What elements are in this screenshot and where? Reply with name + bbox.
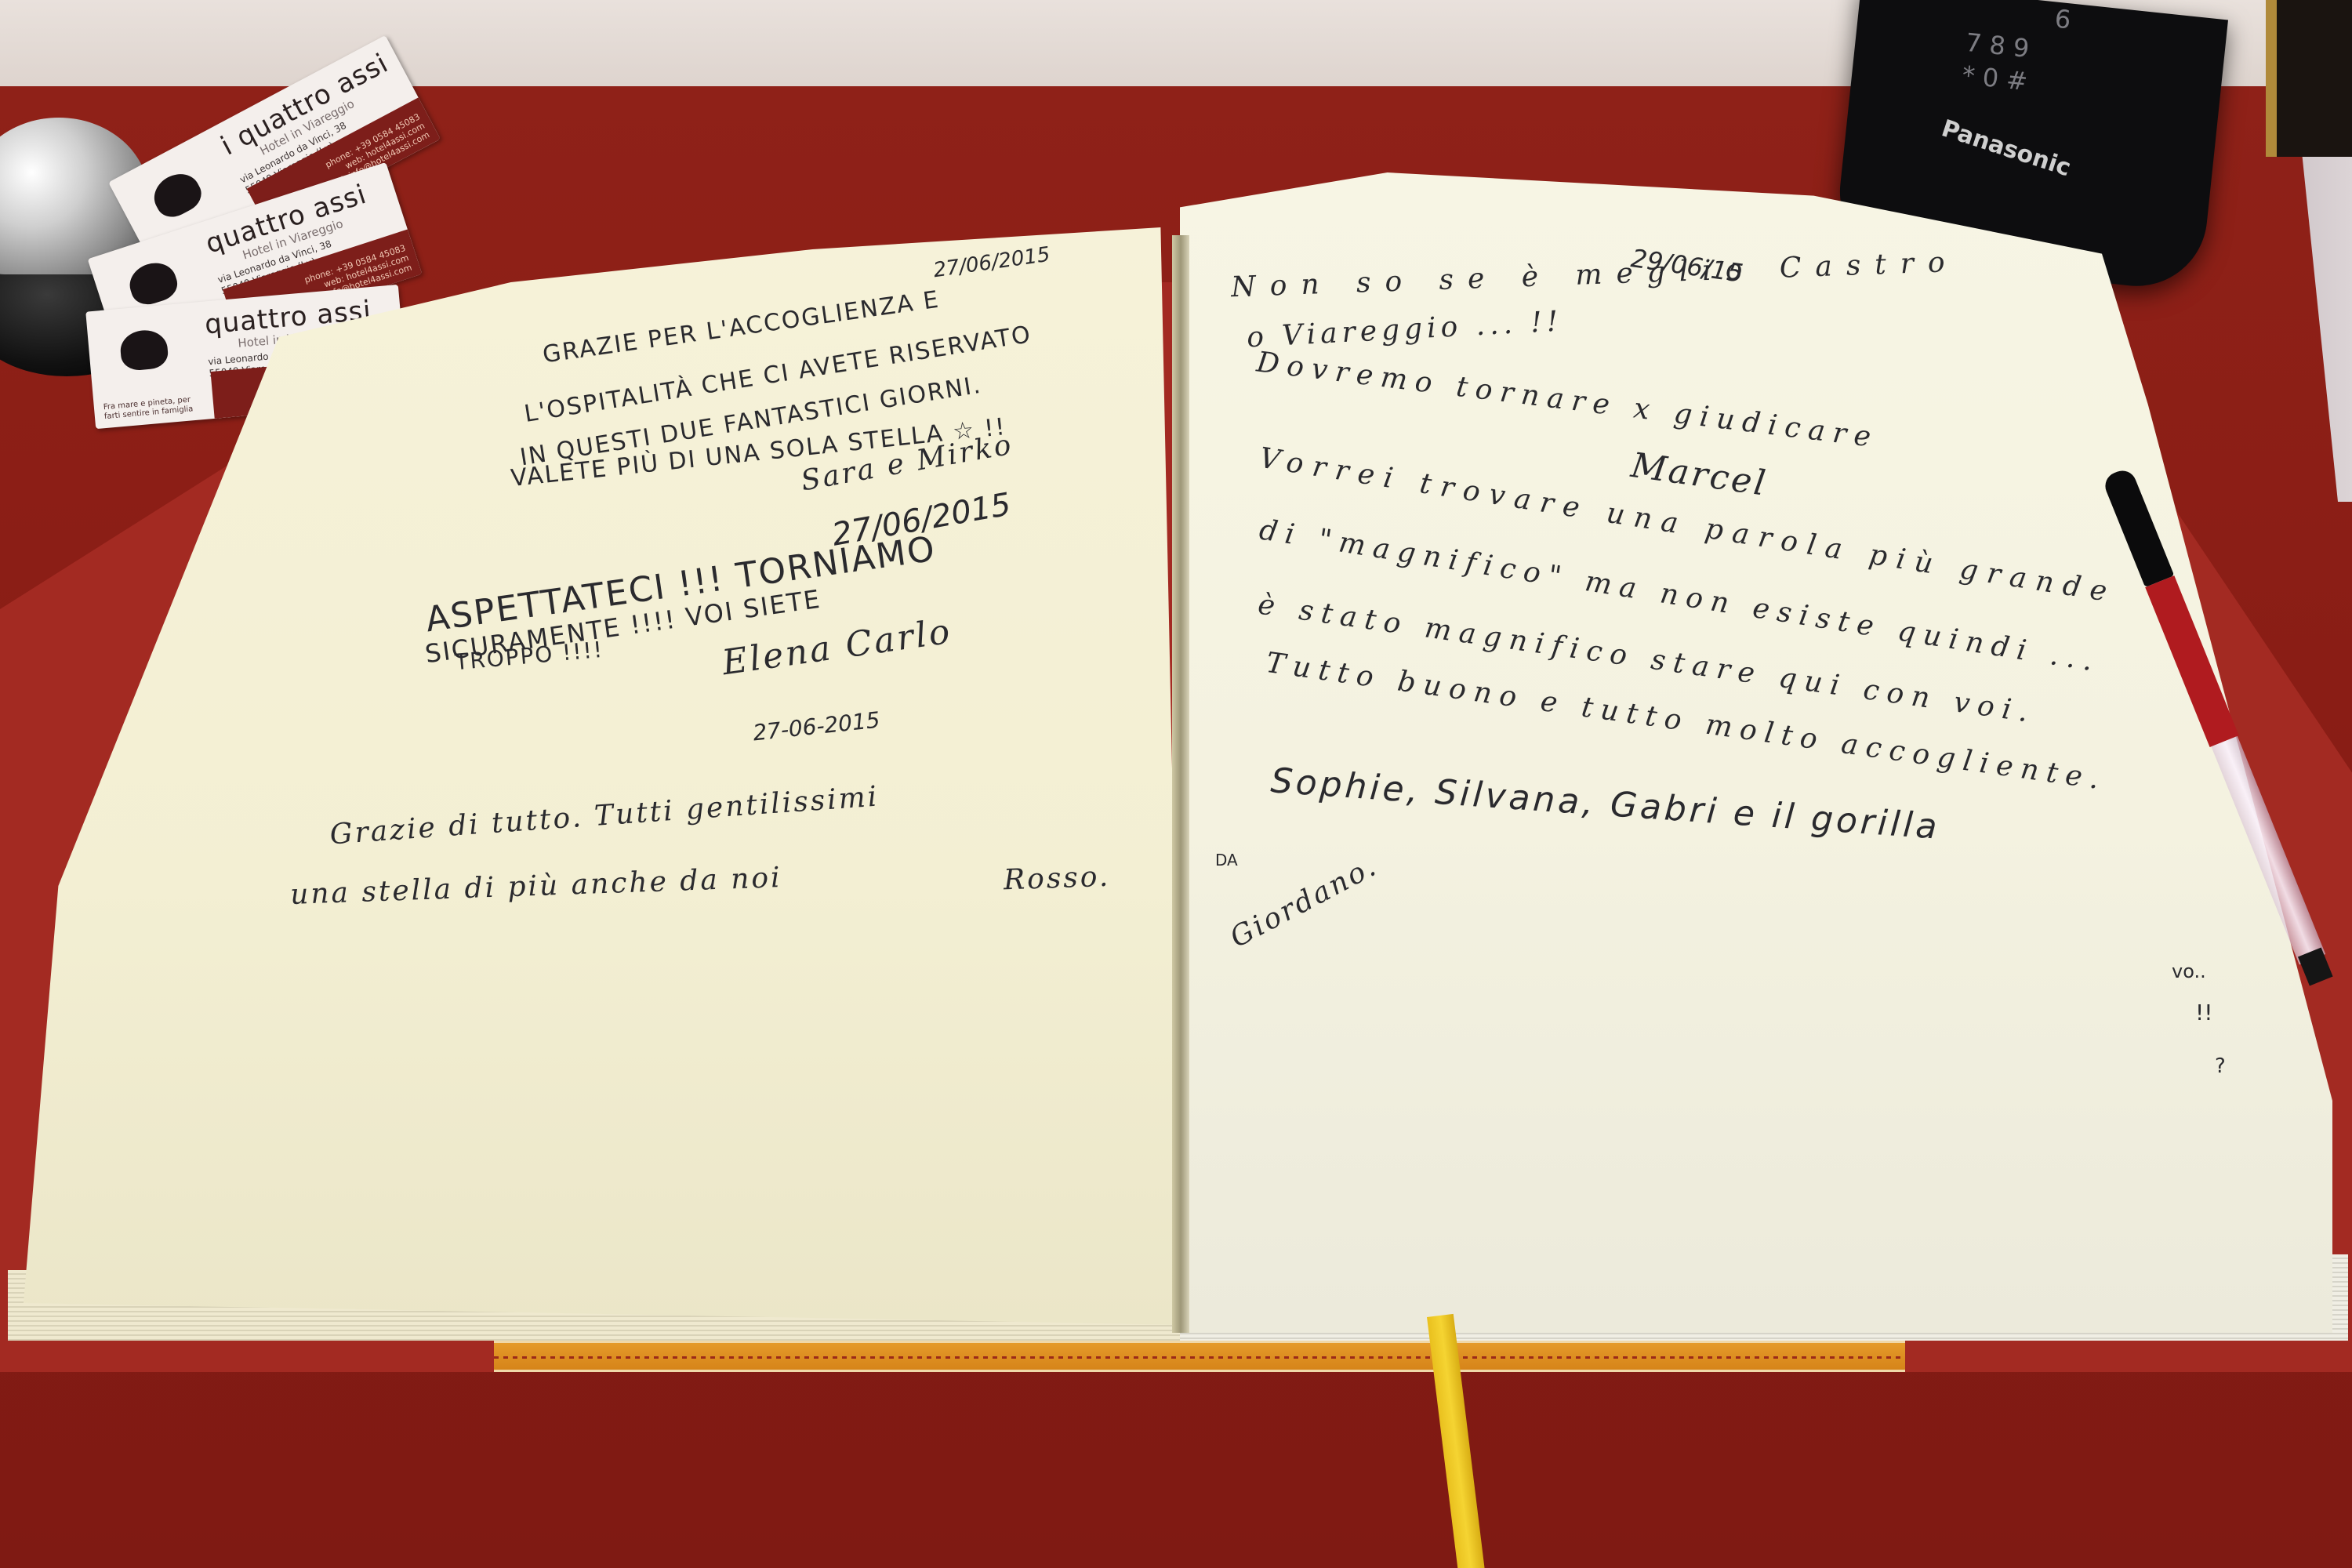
picture-frame-edge [2266,0,2352,157]
phone-keypad: 6 7 8 9 * 0 # [1961,0,2103,105]
fragment-text: ? [2215,1054,2226,1078]
entry-from-label: DA [1215,851,1238,869]
hotel-logo-icon [147,166,207,223]
book-gutter [1172,235,1189,1333]
hotel-logo-icon [125,257,182,309]
phone-brand-label: Panasonic [1938,114,2074,182]
fragment-text: vo.. [2172,960,2206,982]
hotel-logo-icon [119,328,169,372]
card-tagline: Fra mare e pineta, per farti sentire in … [103,395,198,422]
fragment-text: !! [2195,1000,2212,1025]
entry-signature: Rosso. [1003,861,1111,897]
book-spine-band [494,1341,1905,1372]
